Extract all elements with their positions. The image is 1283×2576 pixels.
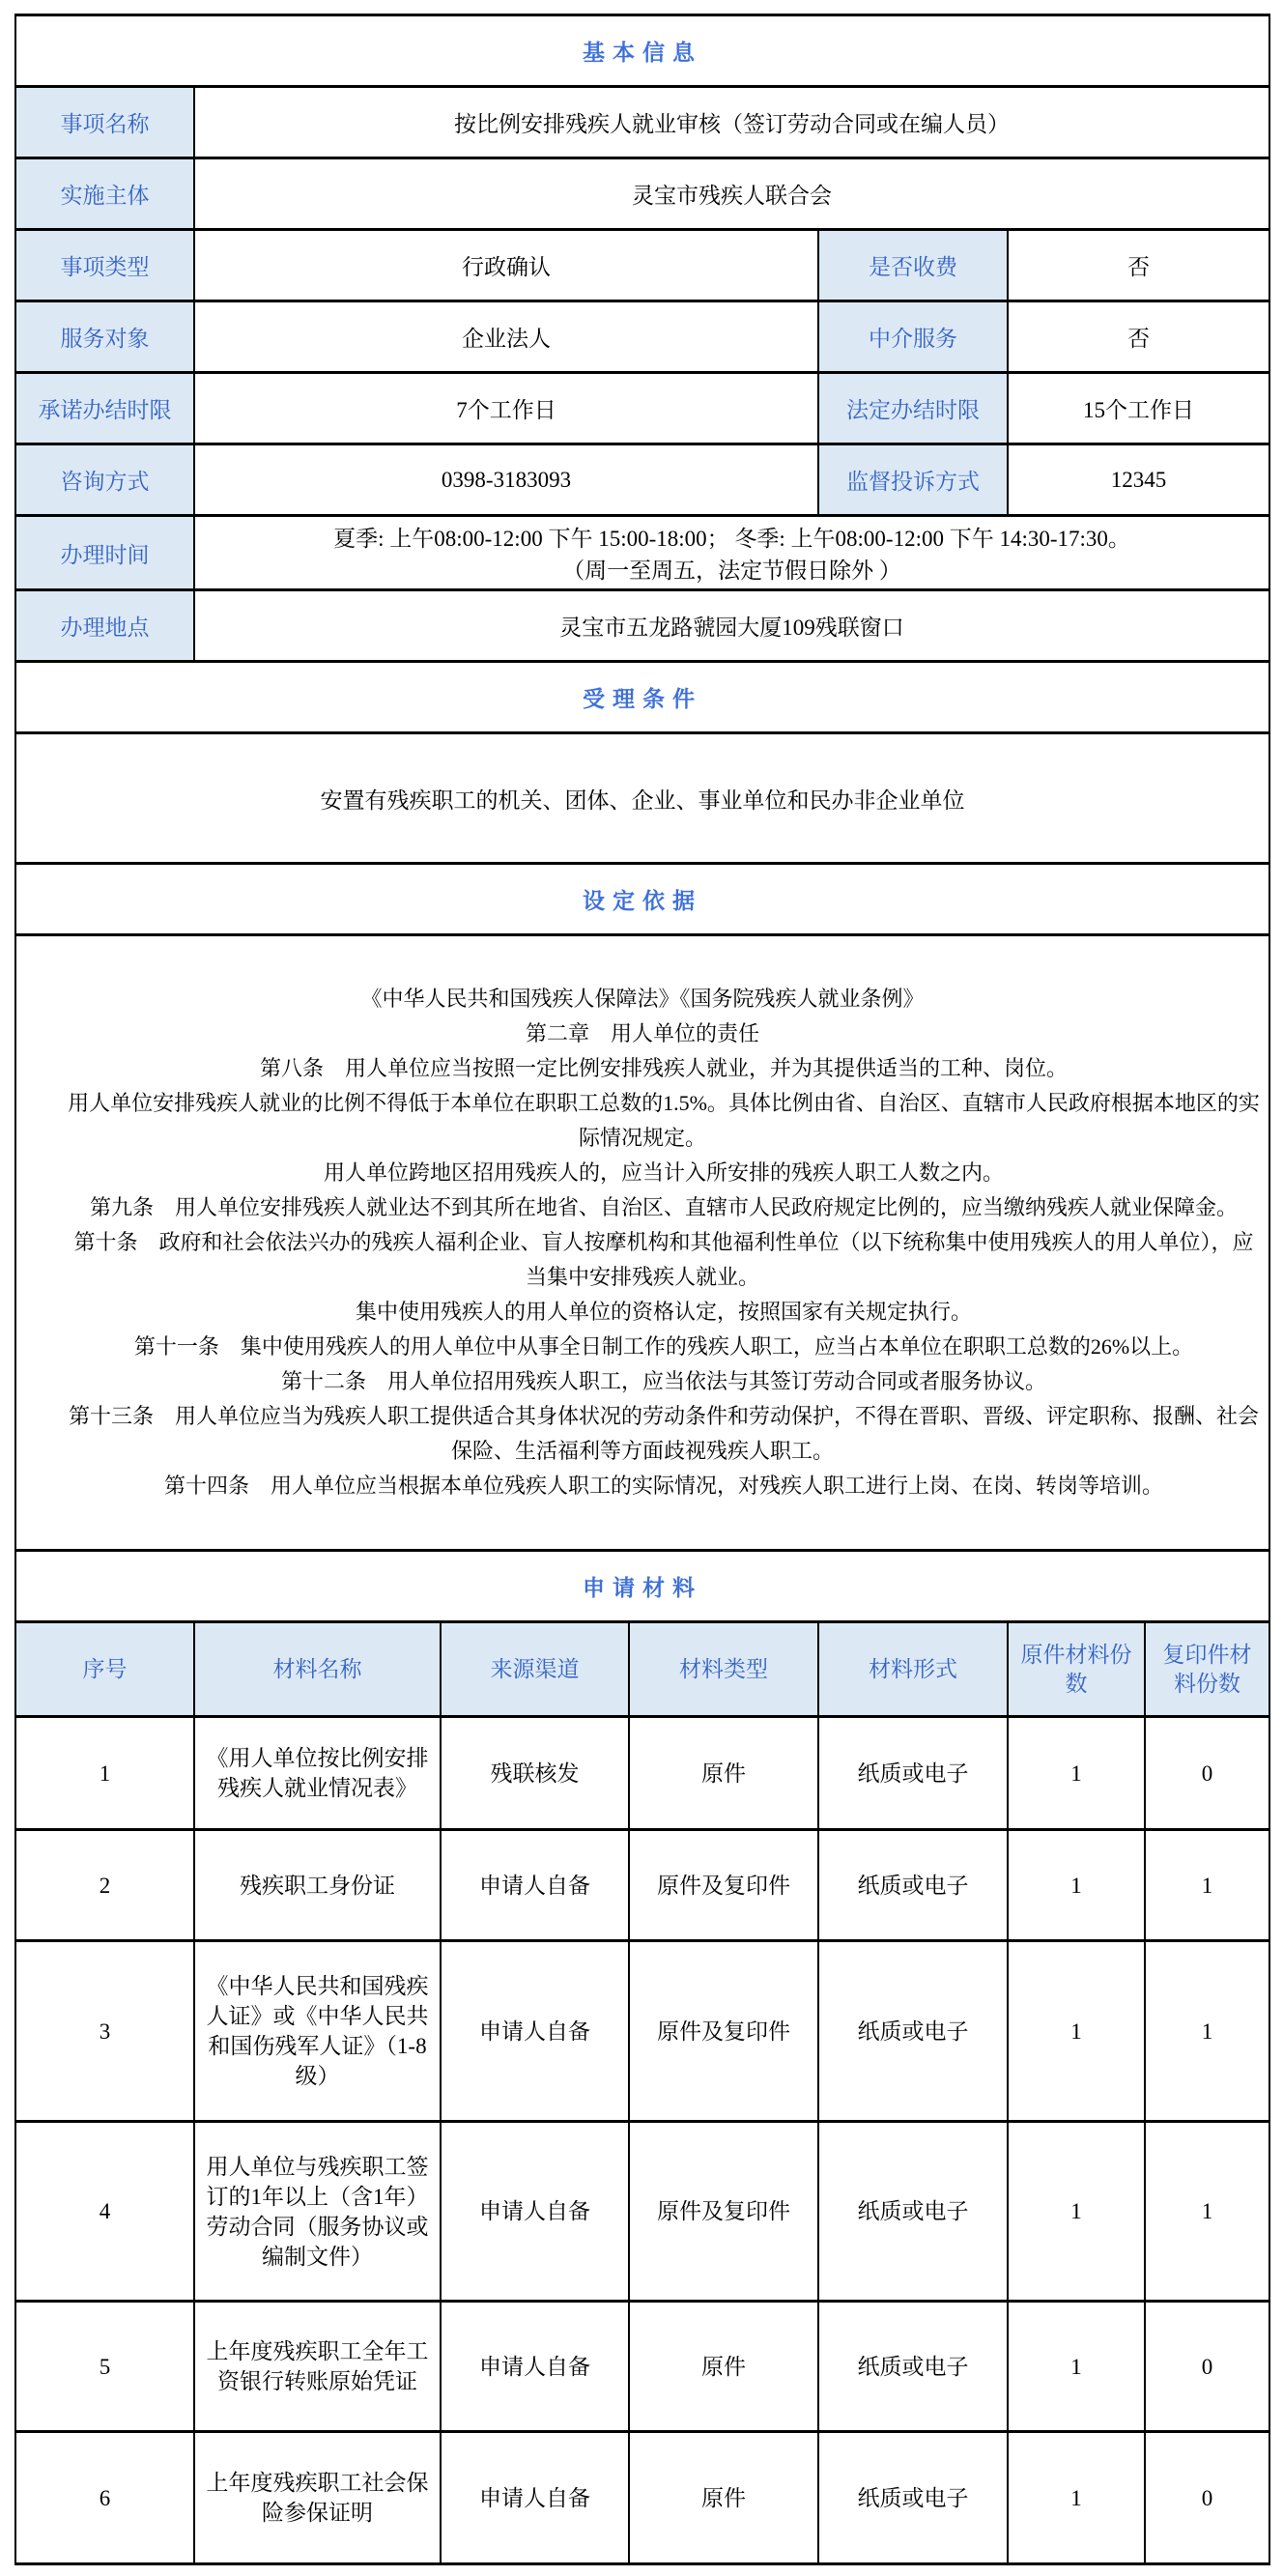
legal-paragraph: 第十条 政府和社会依法兴办的残疾人福利企业、盲人按摩机构和其他福利性单位（以下统… (24, 1225, 1261, 1295)
legal-paragraph: 用人单位跨地区招用残疾人的，应当计入所安排的残疾人职工人数之内。 (24, 1156, 1261, 1190)
material-type: 原件及复印件 (629, 1830, 818, 1941)
material-form: 纸质或电子 (818, 1717, 1008, 1830)
consultation-method-label: 咨询方式 (15, 444, 194, 516)
material-originals: 1 (1008, 2302, 1145, 2432)
implementing-body-value: 灵宝市残疾人联合会 (194, 158, 1269, 230)
material-type: 原件 (629, 2432, 818, 2564)
material-form: 纸质或电子 (818, 1830, 1008, 1941)
material-originals: 1 (1008, 1830, 1145, 1941)
legal-time-limit-value: 15个工作日 (1008, 373, 1269, 444)
material-copies: 1 (1145, 1830, 1269, 1941)
legal-time-limit-label: 法定办结时限 (818, 373, 1008, 444)
legal-basis-content: 《中华人民共和国残疾人保障法》《国务院残疾人就业条例》 第二章 用人单位的责任 … (15, 935, 1269, 1551)
materials-title: 申请材料 (15, 1551, 1269, 1622)
office-location-value: 灵宝市五龙路虢园大厦109残联窗口 (194, 590, 1269, 662)
material-source: 申请人自备 (441, 2302, 629, 2432)
service-item-sheet: 基本信息 事项名称 按比例安排残疾人就业审核（签订劳动合同或在编人员） 实施主体… (14, 14, 1269, 2565)
material-copies: 0 (1145, 1717, 1269, 1830)
material-type: 原件 (629, 1717, 818, 1830)
material-source: 残联核发 (441, 1717, 629, 1830)
column-header-name: 材料名称 (194, 1622, 441, 1717)
fee-required-value: 否 (1008, 230, 1269, 301)
material-copies: 1 (1145, 1941, 1269, 2122)
acceptance-title: 受理条件 (15, 662, 1269, 733)
material-originals: 1 (1008, 1717, 1145, 1830)
section-header-legal-basis: 设定依据 (15, 864, 1269, 935)
material-copies: 0 (1145, 2432, 1269, 2564)
promised-time-limit-label: 承诺办结时限 (15, 373, 194, 444)
material-source: 申请人自备 (441, 2122, 629, 2302)
section-header-acceptance: 受理条件 (15, 662, 1269, 733)
material-row: 2 残疾职工身份证 申请人自备 原件及复印件 纸质或电子 1 1 (15, 1830, 1269, 1941)
legal-paragraph: 第十一条 集中使用残疾人的用人单位中从事全日制工作的残疾人职工，应当占本单位在职… (24, 1330, 1261, 1364)
material-row: 6 上年度残疾职工社会保险参保证明 申请人自备 原件 纸质或电子 1 0 (15, 2432, 1269, 2564)
material-name: 残疾职工身份证 (194, 1830, 441, 1941)
material-source: 申请人自备 (441, 1830, 629, 1941)
basic-info-title: 基本信息 (15, 15, 1269, 87)
section-header-basic-info: 基本信息 (15, 15, 1269, 87)
column-header-originals: 原件材料份数 (1008, 1622, 1145, 1717)
item-name-value: 按比例安排残疾人就业审核（签订劳动合同或在编人员） (194, 87, 1269, 158)
material-copies: 1 (1145, 2122, 1269, 2302)
column-header-source: 来源渠道 (441, 1622, 629, 1717)
material-copies: 0 (1145, 2302, 1269, 2432)
material-originals: 1 (1008, 2122, 1145, 2302)
material-name: 《中华人民共和国残疾人证》或《中华人民共和国伤残军人证》（1-8级） (194, 1941, 441, 2122)
materials-header-row: 序号 材料名称 来源渠道 材料类型 材料形式 原件材料份数 复印件材料份数 (15, 1622, 1269, 1717)
legal-paragraph: 第十二条 用人单位招用残疾人职工，应当依法与其签订劳动合同或者服务协议。 (24, 1364, 1261, 1399)
complaint-method-label: 监督投诉方式 (818, 444, 1008, 516)
material-row: 4 用人单位与残疾职工签订的1年以上（含1年）劳动合同（服务协议或编制文件） 申… (15, 2122, 1269, 2302)
acceptance-content: 安置有残疾职工的机关、团体、企业、事业单位和民办非企业单位 (15, 733, 1269, 864)
material-type: 原件 (629, 2302, 818, 2432)
office-hours-label: 办理时间 (15, 516, 194, 590)
service-target-label: 服务对象 (15, 301, 194, 373)
legal-paragraph: 第十四条 用人单位应当根据本单位残疾人职工的实际情况，对残疾人职工进行上岗、在岗… (24, 1469, 1261, 1503)
material-form: 纸质或电子 (818, 2432, 1008, 2564)
material-no: 3 (15, 1941, 194, 2122)
column-header-no: 序号 (15, 1622, 194, 1717)
table-row: 咨询方式 0398-3183093 监督投诉方式 12345 (15, 444, 1269, 516)
intermediary-service-value: 否 (1008, 301, 1269, 373)
promised-time-limit-value: 7个工作日 (194, 373, 818, 444)
service-target-value: 企业法人 (194, 301, 818, 373)
section-header-materials: 申请材料 (15, 1551, 1269, 1622)
material-no: 5 (15, 2302, 194, 2432)
table-row: 服务对象 企业法人 中介服务 否 (15, 301, 1269, 373)
material-name: 上年度残疾职工全年工资银行转账原始凭证 (194, 2302, 441, 2432)
table-row: 承诺办结时限 7个工作日 法定办结时限 15个工作日 (15, 373, 1269, 444)
column-header-type: 材料类型 (629, 1622, 818, 1717)
material-name: 《用人单位按比例安排残疾人就业情况表》 (194, 1717, 441, 1830)
material-source: 申请人自备 (441, 1941, 629, 2122)
material-no: 1 (15, 1717, 194, 1830)
item-name-label: 事项名称 (15, 87, 194, 158)
legal-paragraph: 第九条 用人单位安排残疾人就业达不到其所在地省、自治区、直辖市人民政府规定比例的… (24, 1190, 1261, 1225)
table-row: 办理地点 灵宝市五龙路虢园大厦109残联窗口 (15, 590, 1269, 662)
table-row: 安置有残疾职工的机关、团体、企业、事业单位和民办非企业单位 (15, 733, 1269, 864)
table-row: 实施主体 灵宝市残疾人联合会 (15, 158, 1269, 230)
material-form: 纸质或电子 (818, 2122, 1008, 2302)
intermediary-service-label: 中介服务 (818, 301, 1008, 373)
material-no: 6 (15, 2432, 194, 2564)
material-name: 用人单位与残疾职工签订的1年以上（含1年）劳动合同（服务协议或编制文件） (194, 2122, 441, 2302)
legal-paragraph: 集中使用残疾人的用人单位的资格认定，按照国家有关规定执行。 (24, 1295, 1261, 1330)
column-header-copies: 复印件材料份数 (1145, 1622, 1269, 1717)
material-no: 2 (15, 1830, 194, 1941)
material-type: 原件及复印件 (629, 2122, 818, 2302)
item-type-label: 事项类型 (15, 230, 194, 301)
material-no: 4 (15, 2122, 194, 2302)
material-row: 3 《中华人民共和国残疾人证》或《中华人民共和国伤残军人证》（1-8级） 申请人… (15, 1941, 1269, 2122)
complaint-method-value: 12345 (1008, 444, 1269, 516)
material-originals: 1 (1008, 2432, 1145, 2564)
material-name: 上年度残疾职工社会保险参保证明 (194, 2432, 441, 2564)
material-form: 纸质或电子 (818, 2302, 1008, 2432)
legal-paragraph: 用人单位安排残疾人就业的比例不得低于本单位在职职工总数的1.5%。具体比例由省、… (24, 1086, 1261, 1156)
item-type-value: 行政确认 (194, 230, 818, 301)
legal-basis-title: 设定依据 (15, 864, 1269, 935)
implementing-body-label: 实施主体 (15, 158, 194, 230)
material-row: 1 《用人单位按比例安排残疾人就业情况表》 残联核发 原件 纸质或电子 1 0 (15, 1717, 1269, 1830)
material-originals: 1 (1008, 1941, 1145, 2122)
material-type: 原件及复印件 (629, 1941, 818, 2122)
material-row: 5 上年度残疾职工全年工资银行转账原始凭证 申请人自备 原件 纸质或电子 1 0 (15, 2302, 1269, 2432)
consultation-method-value: 0398-3183093 (194, 444, 818, 516)
legal-paragraph: 《中华人民共和国残疾人保障法》《国务院残疾人就业条例》 (24, 982, 1261, 1016)
material-form: 纸质或电子 (818, 1941, 1008, 2122)
legal-paragraph: 第十三条 用人单位应当为残疾人职工提供适合其身体状况的劳动条件和劳动保护，不得在… (24, 1399, 1261, 1469)
legal-paragraph: 第二章 用人单位的责任 (24, 1016, 1261, 1051)
table-row: 事项名称 按比例安排残疾人就业审核（签订劳动合同或在编人员） (15, 87, 1269, 158)
info-table: 基本信息 事项名称 按比例安排残疾人就业审核（签订劳动合同或在编人员） 实施主体… (14, 14, 1270, 2565)
column-header-form: 材料形式 (818, 1622, 1008, 1717)
table-row: 《中华人民共和国残疾人保障法》《国务院残疾人就业条例》 第二章 用人单位的责任 … (15, 935, 1269, 1551)
fee-required-label: 是否收费 (818, 230, 1008, 301)
table-row: 事项类型 行政确认 是否收费 否 (15, 230, 1269, 301)
legal-paragraph: 第八条 用人单位应当按照一定比例安排残疾人就业，并为其提供适当的工种、岗位。 (24, 1051, 1261, 1086)
table-row: 办理时间 夏季: 上午08:00-12:00 下午 15:00-18:00； 冬… (15, 516, 1269, 590)
material-source: 申请人自备 (441, 2432, 629, 2564)
office-hours-value: 夏季: 上午08:00-12:00 下午 15:00-18:00； 冬季: 上午… (194, 516, 1269, 590)
office-location-label: 办理地点 (15, 590, 194, 662)
